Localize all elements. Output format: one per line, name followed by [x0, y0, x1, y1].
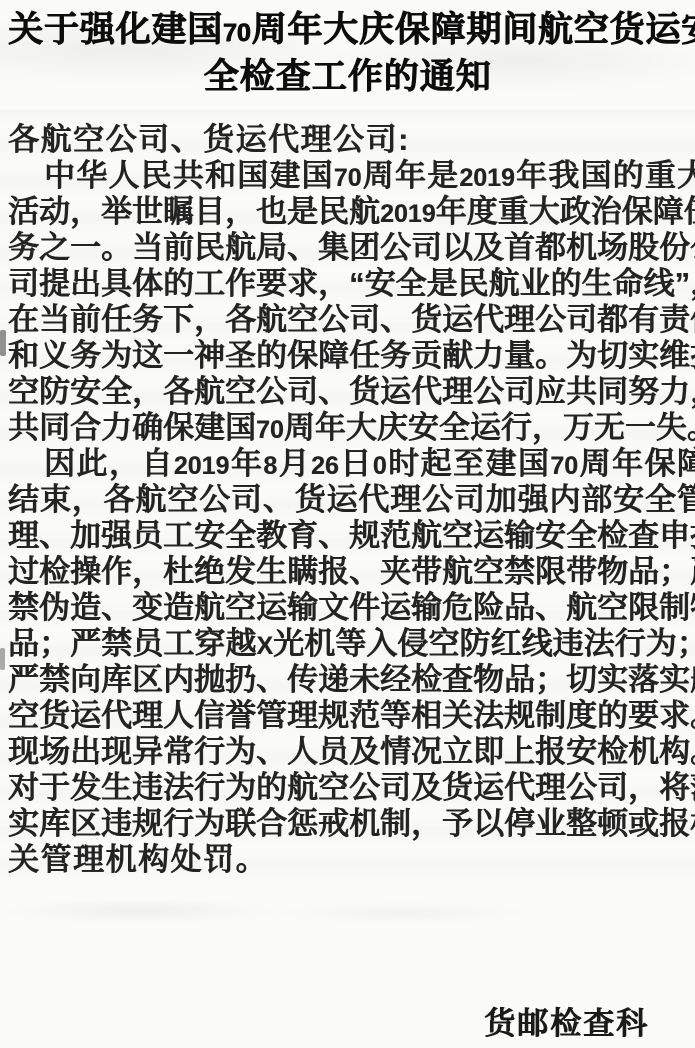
scan-edge-mark	[0, 648, 5, 670]
signature-department: 货邮检查科	[484, 1006, 649, 1042]
body-line: 活动，举世瞩目，也是民航2019年度重大政治保障任	[8, 194, 695, 230]
notice-title: 关于强化建国70周年大庆保障期间航空货运安 全检查工作的通知	[0, 8, 695, 99]
salutation-line: 各航空公司、货运代理公司:	[8, 122, 695, 158]
scan-edge-mark	[0, 330, 6, 356]
body-line: 品；严禁员工穿越X光机等入侵空防红线违法行为；	[8, 626, 695, 662]
notice-title-line-1: 关于强化建国70周年大庆保障期间航空货运安	[8, 8, 695, 55]
body-line: 务之一。当前民航局、集团公司以及首都机场股份公	[8, 230, 695, 266]
body-line: 实库区违规行为联合惩戒机制，予以停业整顿或报相	[8, 806, 695, 842]
body-line: 对于发生违法行为的航空公司及货运代理公司，将落	[8, 770, 695, 806]
body-line: 空防安全，各航空公司、货运代理公司应共同努力，	[8, 374, 695, 410]
body-line: 过检操作，杜绝发生瞒报、夹带航空禁限带物品；严	[8, 554, 695, 590]
body-line: 中华人民共和国建国70周年是2019年我国的重大	[8, 158, 695, 194]
body-line: 关管理机构处罚。	[8, 842, 695, 878]
body-line: 理、加强员工安全教育、规范航空运输安全检查申报	[8, 518, 695, 554]
body-line: 空货运代理人信誉管理规范等相关法规制度的要求。	[8, 698, 695, 734]
body-line: 在当前任务下，各航空公司、货运代理公司都有责任	[8, 302, 695, 338]
scan-smudge	[0, 895, 695, 935]
body-line: 因此，自2019年8月26日0时起至建国70周年保障	[8, 446, 695, 482]
body-line: 严禁向库区内抛扔、传递未经检查物品；切实落实航	[8, 662, 695, 698]
body-line: 结束，各航空公司、货运代理公司加强内部安全管	[8, 482, 695, 518]
body-line: 共同合力确保建国70周年大庆安全运行，万无一失。	[8, 410, 695, 446]
body-line: 司提出具体的工作要求，“安全是民航业的生命线”，	[8, 266, 695, 302]
scanned-notice-page: 关于强化建国70周年大庆保障期间航空货运安 全检查工作的通知 各航空公司、货运代…	[0, 0, 695, 1048]
body-line: 和义务为这一神圣的保障任务贡献力量。为切实维护	[8, 338, 695, 374]
body-line: 禁伪造、变造航空运输文件运输危险品、航空限制物	[8, 590, 695, 626]
notice-title-line-2: 全检查工作的通知	[0, 55, 695, 99]
notice-body: 各航空公司、货运代理公司: 中华人民共和国建国70周年是2019年我国的重大 活…	[8, 122, 695, 878]
body-line: 现场出现异常行为、人员及情况立即上报安检机构。	[8, 734, 695, 770]
